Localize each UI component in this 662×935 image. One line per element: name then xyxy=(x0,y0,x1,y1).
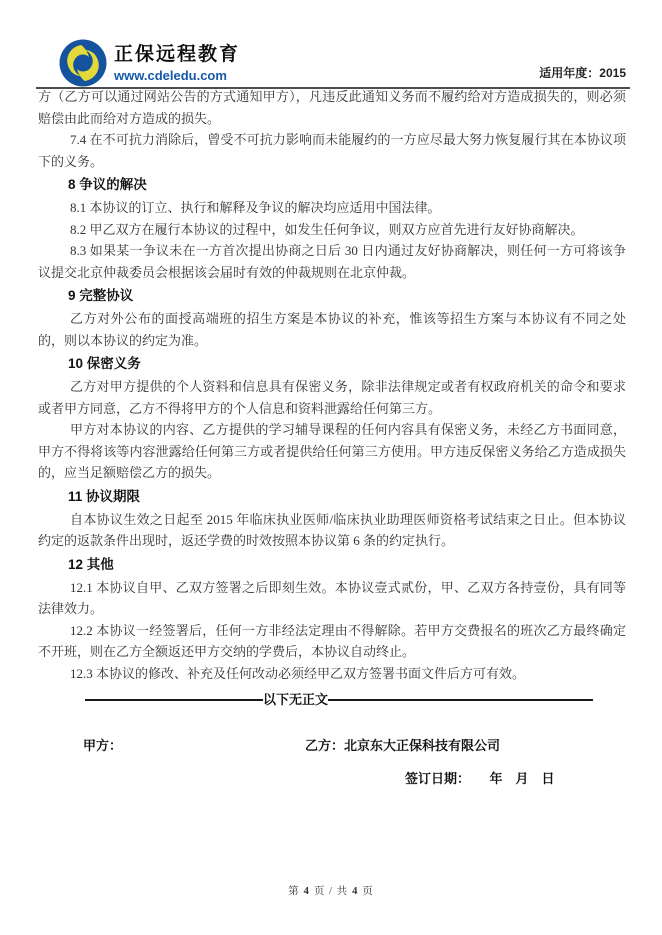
signature-block: 甲方： 乙方：北京东大正保科技有限公司 签订日期： 年 月 日 xyxy=(38,727,626,817)
paragraph: 12.1 本协议自甲、乙双方签署之后即刻生效。本协议壹式贰份，甲、乙双方各持壹份… xyxy=(38,577,626,620)
page-number-current: 4 xyxy=(304,886,310,897)
end-marker-line-right xyxy=(328,699,593,701)
document-body: 方（乙方可以通过网站公告的方式通知甲方），凡违反此通知义务而不履约给对方造成损失… xyxy=(38,86,626,817)
brand-name: 正保远程教育 xyxy=(114,44,240,66)
section-heading: 11 协议期限 xyxy=(38,489,626,504)
paragraph: 8.2 甲乙双方在履行本协议的过程中，如发生任何争议，则双方应首先进行友好协商解… xyxy=(38,219,626,241)
section-heading: 8 争议的解决 xyxy=(38,177,626,192)
page-label-prefix: 第 xyxy=(288,886,300,897)
paragraph: 方（乙方可以通过网站公告的方式通知甲方），凡违反此通知义务而不履约给对方造成损失… xyxy=(38,86,626,129)
sign-date-label: 签订日期： 年 月 日 xyxy=(405,768,555,790)
brand-website: www.cdeledu.com xyxy=(114,68,240,83)
paragraph: 8.3 如果某一争议未在一方首次提出协商之日后 30 日内通过友好协商解决，则任… xyxy=(38,240,626,283)
paragraph: 12.2 本协议一经签署后，任何一方非经法定理由不得解除。若甲方交费报名的班次乙… xyxy=(38,620,626,663)
end-marker-label: 以下无正文 xyxy=(263,693,328,707)
paragraph: 自本协议生效之日起至 2015 年临床执业医师/临床执业助理医师资格考试结束之日… xyxy=(38,509,626,552)
end-of-text-marker: 以下无正文 xyxy=(85,693,593,707)
party-b-label: 乙方：北京东大正保科技有限公司 xyxy=(305,735,500,757)
paragraph: 12.3 本协议的修改、补充及任何改动必须经甲乙双方签署书面文件后方可有效。 xyxy=(38,663,626,685)
applicable-year-label: 适用年度：2015 xyxy=(539,64,626,81)
end-marker-line-left xyxy=(85,699,263,701)
paragraph: 7.4 在不可抗力消除后，曾受不可抗力影响而未能履约的一方应尽最大努力恢复履行其… xyxy=(38,129,626,172)
page-label-middle: 页 / 共 xyxy=(314,886,348,897)
brand-swirl-logo-icon xyxy=(59,39,107,87)
paragraph: 乙方对外公布的面授高端班的招生方案是本协议的补充，惟该等招生方案与本协议有不同之… xyxy=(38,308,626,351)
page-number-total: 4 xyxy=(352,886,358,897)
document-blocks: 方（乙方可以通过网站公告的方式通知甲方），凡违反此通知义务而不履约给对方造成损失… xyxy=(38,86,626,684)
section-heading: 10 保密义务 xyxy=(38,356,626,371)
party-a-label: 甲方： xyxy=(83,735,122,757)
paragraph: 8.1 本协议的订立、执行和解释及争议的解决均应适用中国法律。 xyxy=(38,197,626,219)
contract-page: 正保远程教育 www.cdeledu.com 适用年度：2015 方（乙方可以通… xyxy=(0,0,662,935)
section-heading: 12 其他 xyxy=(38,557,626,572)
paragraph: 乙方对甲方提供的个人资料和信息具有保密义务，除非法律规定或者有权政府机关的命令和… xyxy=(38,376,626,419)
brand-block: 正保远程教育 www.cdeledu.com xyxy=(114,44,240,83)
page-label-suffix: 页 xyxy=(362,886,374,897)
section-heading: 9 完整协议 xyxy=(38,288,626,303)
paragraph: 甲方对本协议的内容、乙方提供的学习辅导课程的任何内容具有保密义务，未经乙方书面同… xyxy=(38,419,626,484)
page-number-indicator: 第4页 / 共4页 xyxy=(0,883,662,898)
